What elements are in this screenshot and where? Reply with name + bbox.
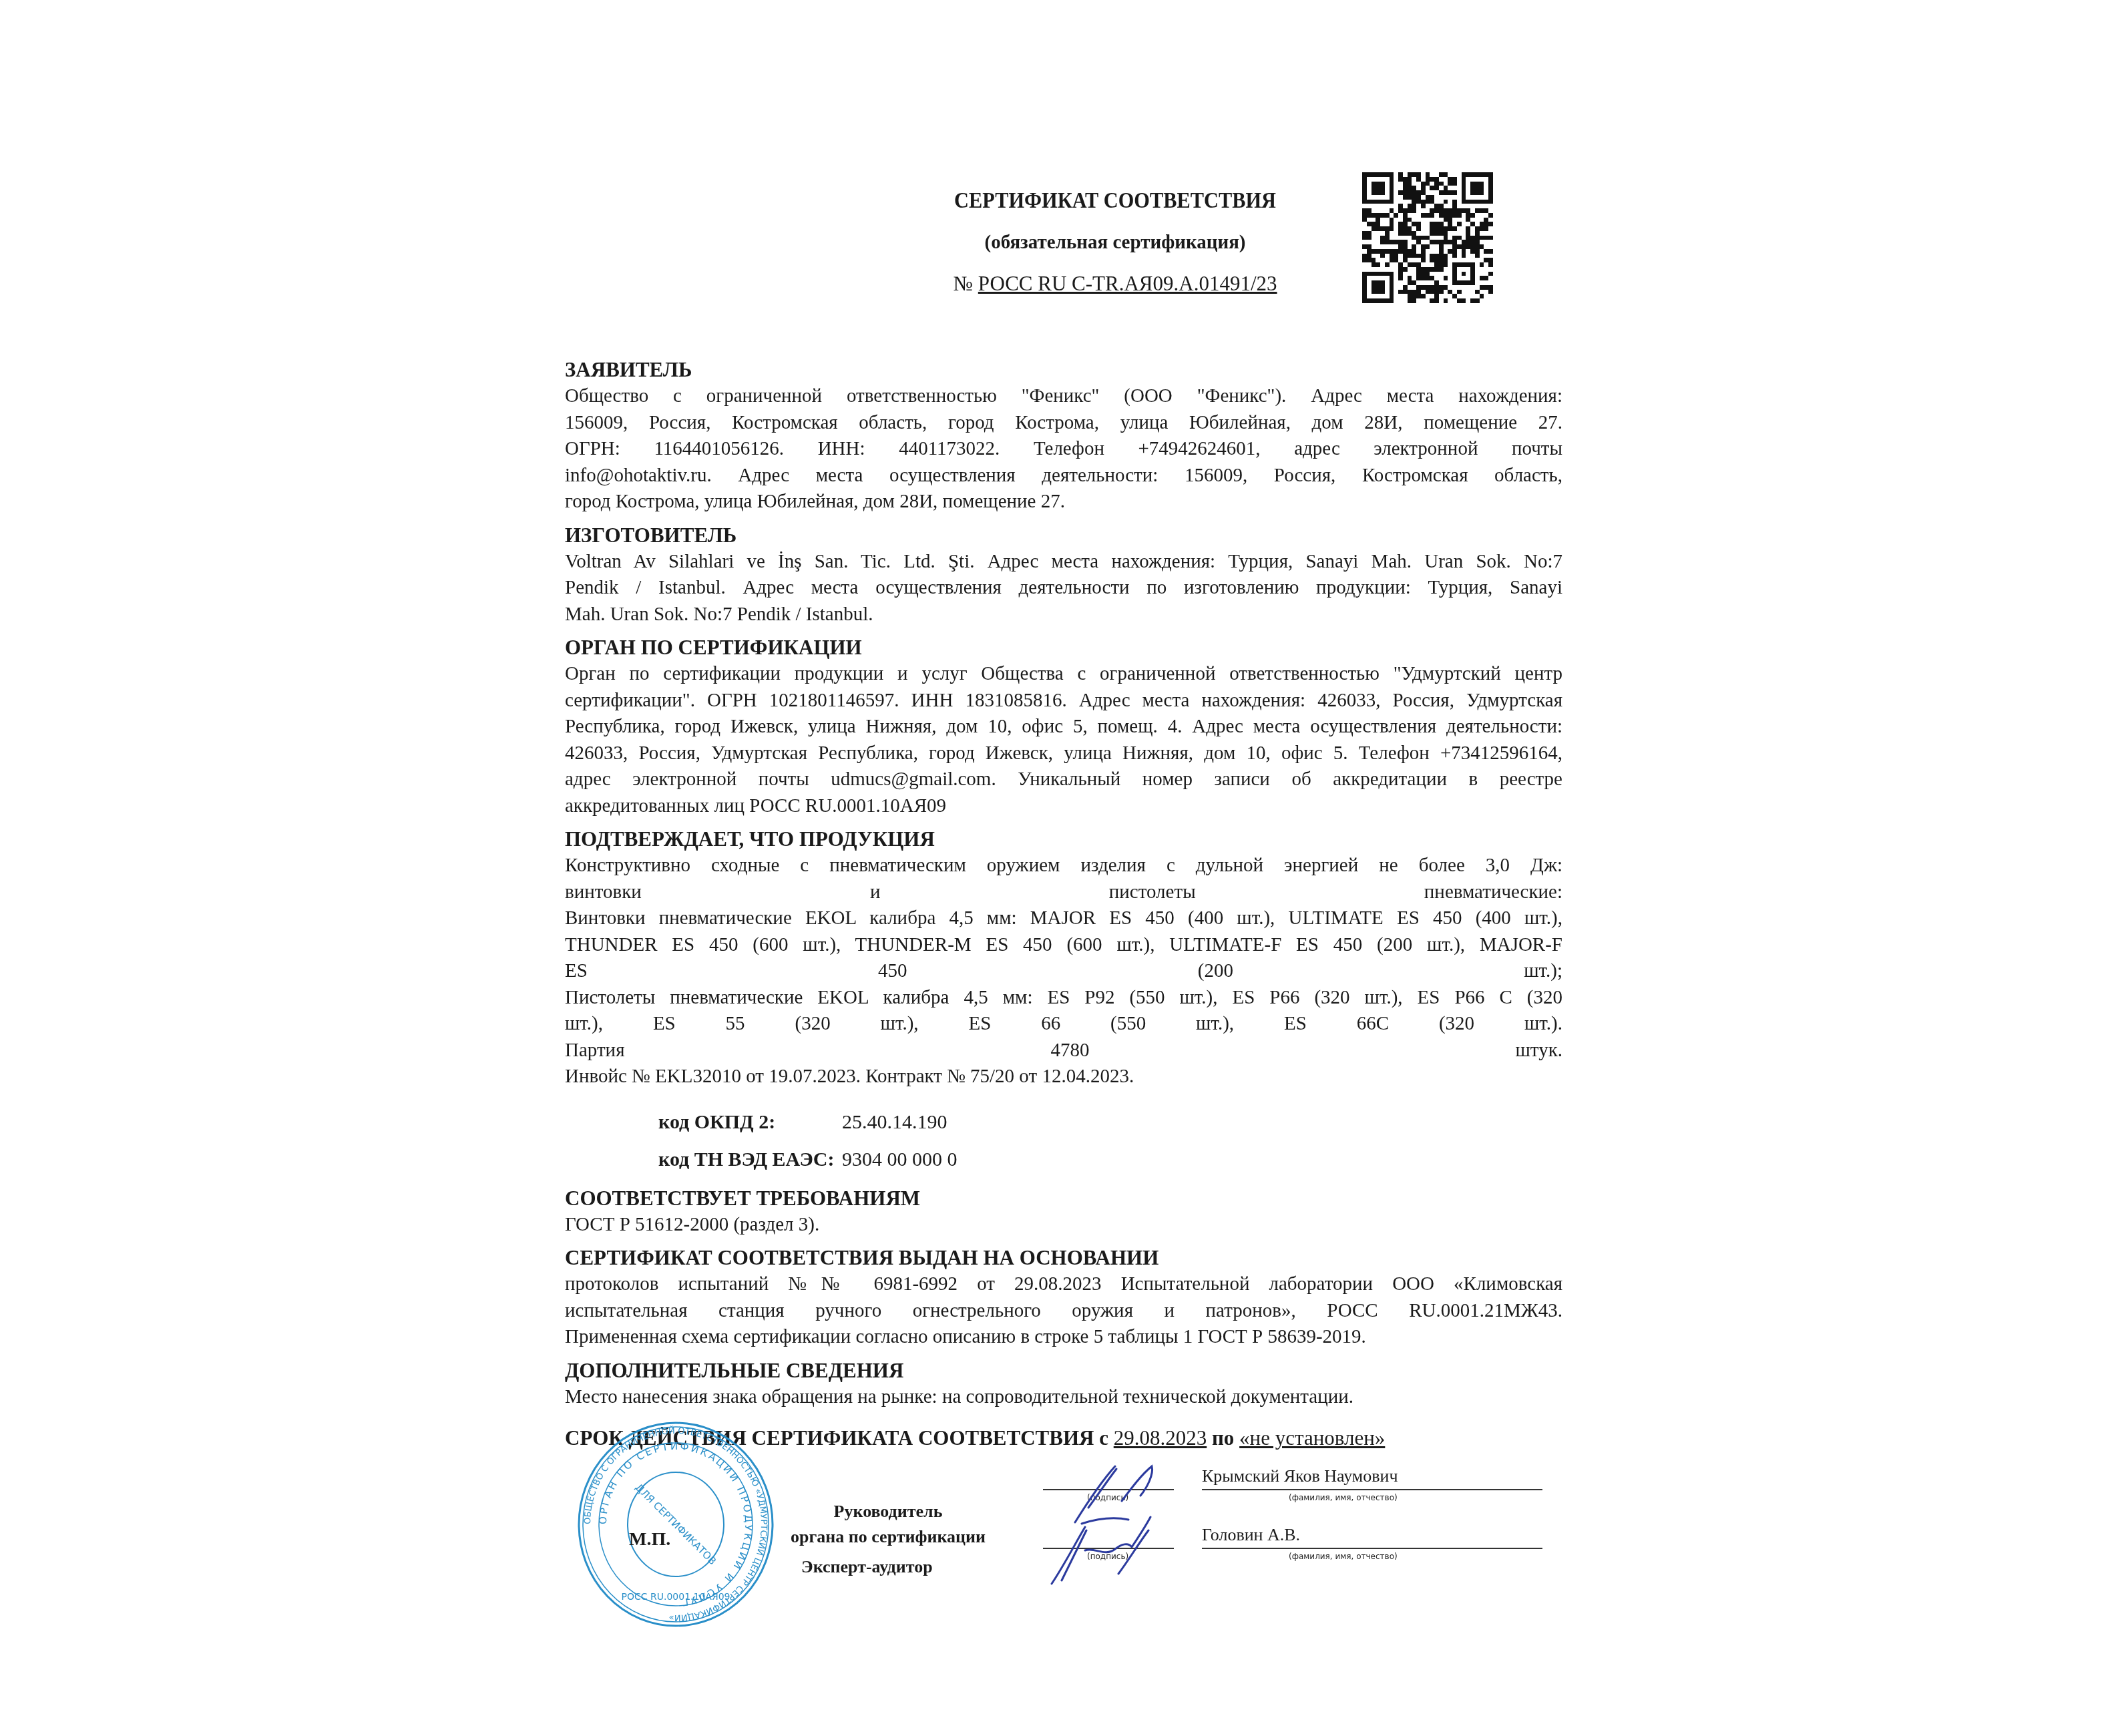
text-line: адрес электронной почты udmucs@gmail.com… — [565, 767, 1562, 793]
text-line: 156009, Россия, Костромская область, гор… — [565, 410, 1562, 437]
product-section: ПОДТВЕРЖДАЕТ, ЧТО ПРОДУКЦИЯ Конструктивн… — [565, 826, 1562, 1178]
certificate-header: СЕРТИФИКАТ СООТВЕТСТВИЯ (обязательная се… — [848, 180, 1382, 304]
validity-from: 29.08.2023 — [1114, 1426, 1207, 1450]
product-codes: код ОКПД 2: 25.40.14.190 код ТН ВЭД ЕАЭС… — [658, 1104, 1562, 1178]
svg-text:РОСС RU.0001.10АЯ09: РОСС RU.0001.10АЯ09 — [622, 1592, 730, 1602]
validity-to-label: по — [1212, 1426, 1234, 1450]
tnved-label: код ТН ВЭД ЕАЭС: — [658, 1141, 842, 1178]
tnved-code-row: код ТН ВЭД ЕАЭС: 9304 00 000 0 — [658, 1141, 1562, 1178]
head-role: Руководитель органа по сертификации — [775, 1499, 1002, 1550]
text-line: аккредитованных лиц РОСС RU.0001.10АЯ09 — [565, 793, 1562, 820]
official-stamp-icon: ОБЩЕСТВО С ОГРАНИЧЕННОЙ ОТВЕТСТВЕННОСТЬЮ… — [576, 1421, 776, 1628]
okpd2-label: код ОКПД 2: — [658, 1104, 842, 1141]
text-line: Инвойс № EKL32010 от 19.07.2023. Контрак… — [565, 1064, 1562, 1090]
basis-text: протоколов испытаний №№ 6981-6992 от 29.… — [565, 1271, 1562, 1351]
certificate-number-value: РОСС RU C-TR.АЯ09.А.01491/23 — [978, 272, 1277, 295]
text-line: сертификации". ОГРН 1021801146597. ИНН 1… — [565, 688, 1562, 714]
applicant-text: Общество с ограниченной ответственностью… — [565, 383, 1562, 515]
text-line: ОГРН: 1164401056126. ИНН: 4401173022. Те… — [565, 436, 1562, 463]
text-line: Примененная схема сертификации согласно … — [565, 1324, 1562, 1351]
requirements-heading: СООТВЕТСТВУЕТ ТРЕБОВАНИЯМ — [565, 1185, 1562, 1212]
text-line: Республика, город Ижевск, улица Нижняя, … — [565, 714, 1562, 740]
tnved-value: 9304 00 000 0 — [842, 1141, 958, 1178]
expert-role: Эксперт-аудитор — [801, 1557, 933, 1577]
manufacturer-section: ИЗГОТОВИТЕЛЬ Voltran Av Silahlari ve İnş… — [565, 522, 1562, 628]
text-line: Винтовки пневматические EKOL калибра 4,5… — [565, 905, 1562, 932]
certification-body-heading: ОРГАН ПО СЕРТИФИКАЦИИ — [565, 634, 1562, 661]
text-line: город Кострома, улица Юбилейная, дом 28И… — [565, 489, 1562, 515]
requirements-text: ГОСТ Р 51612-2000 (раздел 3). — [565, 1212, 1562, 1239]
head-name: Крымский Яков Наумович — [1202, 1466, 1398, 1486]
text-line: Pendik / Istanbul. Адрес места осуществл… — [565, 575, 1562, 602]
text-line: Пистолеты пневматические EKOL калибра 4,… — [565, 985, 1562, 1012]
text-line: шт.), ES 55 (320 шт.), ES 66 (550 шт.), … — [565, 1011, 1562, 1038]
certificate-number: № РОСС RU C-TR.АЯ09.А.01491/23 — [848, 263, 1382, 304]
head-role-line1: Руководитель — [775, 1499, 1002, 1524]
validity-to: «не установлен» — [1239, 1426, 1385, 1450]
expert-name-caption: (фамилия, имя, отчество) — [1289, 1552, 1398, 1561]
text-line: THUNDER ES 450 (600 шт.), THUNDER-M ES 4… — [565, 932, 1562, 959]
text-line: Место нанесения знака обращения на рынке… — [565, 1384, 1562, 1411]
expert-name-line — [1202, 1548, 1542, 1549]
text-line: Партия 4780 штук. — [565, 1038, 1562, 1064]
stamp-place-label: М.П. — [629, 1529, 670, 1550]
text-line: испытательная станция ручного огнестрель… — [565, 1298, 1562, 1325]
manufacturer-heading: ИЗГОТОВИТЕЛЬ — [565, 522, 1562, 549]
text-line: ES 450 (200 шт.); — [565, 958, 1562, 985]
requirements-section: СООТВЕТСТВУЕТ ТРЕБОВАНИЯМ ГОСТ Р 51612-2… — [565, 1185, 1562, 1239]
additional-heading: ДОПОЛНИТЕЛЬНЫЕ СВЕДЕНИЯ — [565, 1357, 1562, 1384]
additional-text: Место нанесения знака обращения на рынке… — [565, 1384, 1562, 1411]
okpd2-value: 25.40.14.190 — [842, 1104, 947, 1141]
text-line: info@ohotaktiv.ru. Адрес места осуществл… — [565, 463, 1562, 489]
basis-heading: СЕРТИФИКАТ СООТВЕТСТВИЯ ВЫДАН НА ОСНОВАН… — [565, 1245, 1562, 1271]
expert-name: Головин А.В. — [1202, 1525, 1300, 1545]
head-name-line — [1202, 1489, 1542, 1490]
document-title: СЕРТИФИКАТ СООТВЕТСТВИЯ — [869, 180, 1361, 222]
certificate-page: СЕРТИФИКАТ СООТВЕТСТВИЯ (обязательная се… — [0, 0, 2110, 1736]
document-subtitle: (обязательная сертификация) — [848, 222, 1382, 263]
manufacturer-text: Voltran Av Silahlari ve İnş San. Tic. Lt… — [565, 549, 1562, 628]
text-line: Общество с ограниченной ответственностью… — [565, 383, 1562, 410]
additional-section: ДОПОЛНИТЕЛЬНЫЕ СВЕДЕНИЯ Место нанесения … — [565, 1357, 1562, 1411]
svg-text:ДЛЯ СЕРТИФИКАТОВ: ДЛЯ СЕРТИФИКАТОВ — [633, 1482, 719, 1568]
applicant-section: ЗАЯВИТЕЛЬ Общество с ограниченной ответс… — [565, 357, 1562, 515]
text-line: Орган по сертификации продукции и услуг … — [565, 661, 1562, 688]
expert-signature-icon — [1045, 1510, 1158, 1590]
text-line: Конструктивно сходные с пневматическим о… — [565, 853, 1562, 879]
certification-body-section: ОРГАН ПО СЕРТИФИКАЦИИ Орган по сертифика… — [565, 634, 1562, 819]
text-line: Voltran Av Silahlari ve İnş San. Tic. Lt… — [565, 549, 1562, 576]
product-text: Конструктивно сходные с пневматическим о… — [565, 853, 1562, 1090]
text-line: протоколов испытаний №№ 6981-6992 от 29.… — [565, 1271, 1562, 1298]
applicant-heading: ЗАЯВИТЕЛЬ — [565, 357, 1562, 383]
head-role-line2: органа по сертификации — [775, 1524, 1002, 1550]
text-line: Mah. Uran Sok. No:7 Pendik / Istanbul. — [565, 602, 1562, 628]
basis-section: СЕРТИФИКАТ СООТВЕТСТВИЯ ВЫДАН НА ОСНОВАН… — [565, 1245, 1562, 1351]
number-sign: № — [953, 272, 973, 295]
text-line: винтовки и пистолеты пневматические: — [565, 879, 1562, 906]
text-line: 426033, Россия, Удмуртская Республика, г… — [565, 740, 1562, 767]
text-line: ГОСТ Р 51612-2000 (раздел 3). — [565, 1212, 1562, 1239]
certificate-body: ЗАЯВИТЕЛЬ Общество с ограниченной ответс… — [565, 354, 1562, 1453]
okpd2-code-row: код ОКПД 2: 25.40.14.190 — [658, 1104, 1562, 1141]
product-heading: ПОДТВЕРЖДАЕТ, ЧТО ПРОДУКЦИЯ — [565, 826, 1562, 853]
qr-code-icon — [1362, 172, 1493, 303]
certification-body-text: Орган по сертификации продукции и услуг … — [565, 661, 1562, 819]
head-name-caption: (фамилия, имя, отчество) — [1289, 1493, 1398, 1502]
